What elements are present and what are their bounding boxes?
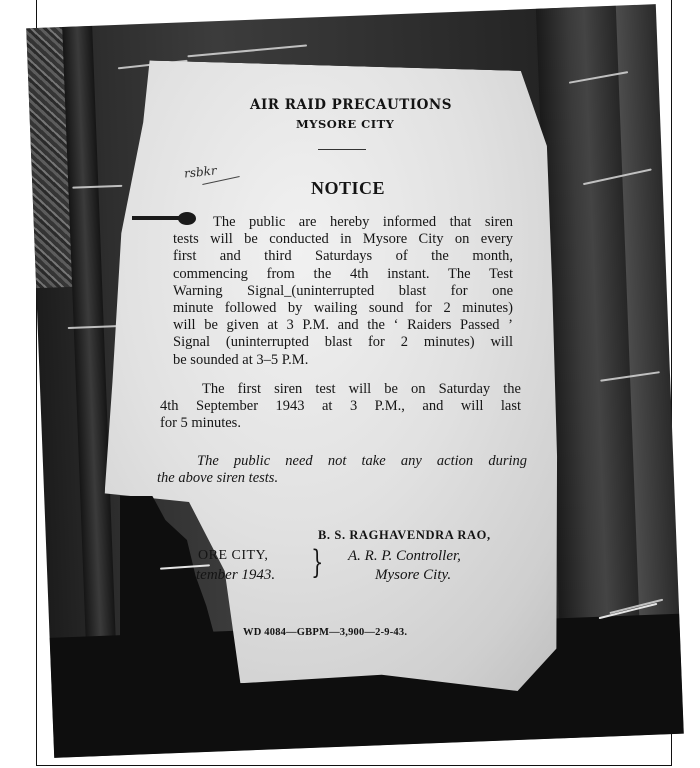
notice-paragraph-3: The public need not take any action duri… (157, 453, 527, 487)
brace-glyph: } (311, 546, 323, 578)
text-line: be sounded at 3–5 P.M. (173, 352, 513, 369)
notice-heading: NOTICE (311, 178, 385, 199)
notice-header-subtitle: MYSORE CITY (296, 117, 394, 131)
notice-paragraph-2: The first siren test will be on Saturday… (160, 381, 521, 433)
text-line: The public need not take any action duri… (157, 453, 527, 470)
text-line: will be given at 3 P.M. and the ‘ Raider… (173, 317, 513, 334)
text-line: for 5 minutes. (160, 415, 521, 432)
signatory-title: A. R. P. Controller, (348, 548, 461, 565)
print-code: WD 4084—GBPM—3,900—2-9-43. (243, 627, 407, 638)
text-line: 4th September 1943 at 3 P.M., and will l… (160, 398, 521, 415)
issue-place: ORE CITY, (198, 548, 268, 564)
text-line: first and third Saturdays of the month, (173, 248, 513, 265)
tape-strip (187, 44, 307, 57)
notice-paragraph-1: The public are hereby informed that sire… (173, 214, 513, 369)
text-line: The first siren test will be on Saturday… (160, 381, 521, 398)
text-line: minute followed by wailing sound for 2 m… (173, 300, 513, 317)
header-divider (318, 149, 366, 150)
text-line: commencing from the 4th instant. The Tes… (173, 266, 513, 283)
notice-header-title: AIR RAID PRECAUTIONS (250, 97, 452, 113)
text-line: tests will be conducted in Mysore City o… (173, 231, 513, 248)
signatory-place: Mysore City. (375, 567, 451, 584)
text-line: the above siren tests. (157, 470, 527, 487)
text-line: Signal (uninterrupted blast for 2 minute… (173, 334, 513, 351)
text-line: Warning Signal_(uninterrupted blast for … (173, 283, 513, 300)
issue-date: tember 1943. (196, 567, 275, 584)
text-line: The public are hereby informed that sire… (173, 214, 513, 231)
signatory-name: B. S. RAGHAVENDRA RAO, (318, 528, 491, 543)
